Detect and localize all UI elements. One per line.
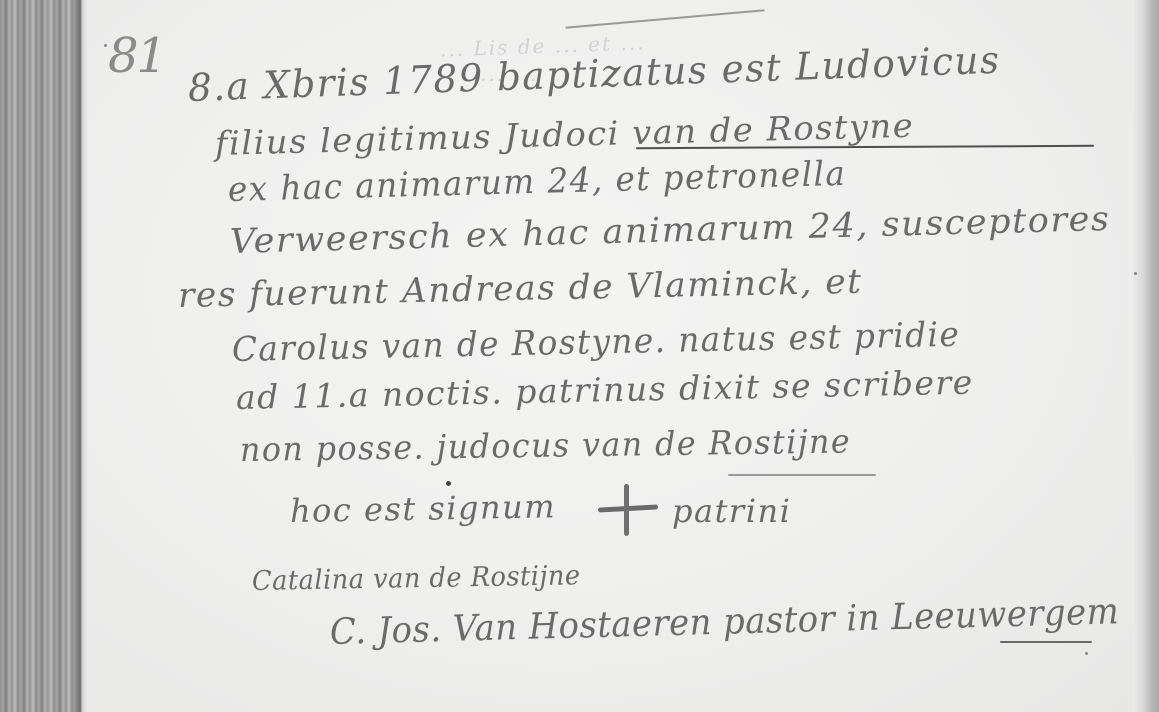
paper-speck [104, 44, 107, 47]
paper-speck [1085, 652, 1088, 655]
mark-line-prefix: hoc est signum [290, 487, 557, 530]
margin-entry-number: 81 [108, 28, 165, 84]
mark-overline [728, 474, 876, 476]
pastor-underline [1000, 641, 1092, 643]
signature-catalina: Catalina van de Rostijne [252, 560, 581, 597]
page-right-edge [1133, 0, 1159, 712]
paper-speck [446, 481, 451, 486]
mark-line-suffix: patrini [672, 492, 791, 530]
page-gutter [74, 0, 88, 712]
cross-mark-icon [598, 484, 658, 534]
paper-speck [1134, 272, 1137, 275]
